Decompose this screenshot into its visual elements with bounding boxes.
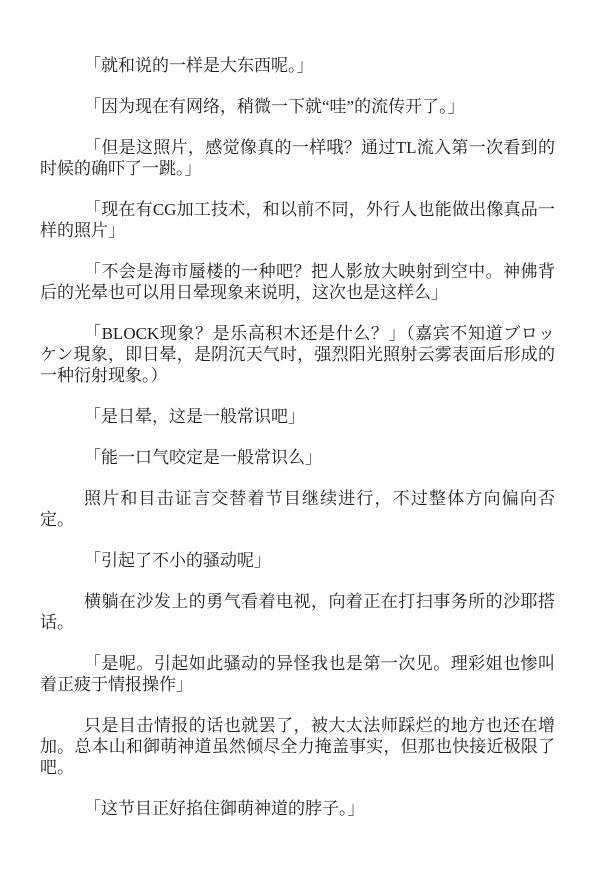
paragraph-dialogue-9: 「引起了不小的骚动呢」 (40, 550, 555, 571)
paragraph-dialogue-2: 「因为现在有网络，稍微一下就“哇”的流传开了。」 (40, 96, 555, 117)
paragraph-dialogue-11: 「这节目正好掐住御萌神道的脖子。」 (40, 798, 555, 819)
paragraph-dialogue-8: 「能一口气咬定是一般常识么」 (40, 447, 555, 468)
paragraph-dialogue-1: 「就和说的一样是大东西呢。」 (40, 55, 555, 76)
paragraph-narration-1: 照片和目击证言交替着节目继续进行，不过整体方向偏向否定。 (40, 488, 555, 530)
document-page: 「就和说的一样是大东西呢。」 「因为现在有网络，稍微一下就“哇”的流传开了。」 … (0, 0, 613, 869)
paragraph-dialogue-10: 「是呢。引起如此骚动的异怪我也是第一次见。理彩姐也惨叫着正疲于情报操作」 (40, 653, 555, 695)
paragraph-narration-3: 只是目击情报的话也就罢了，被大太法师踩烂的地方也还在增加。总本山和御萌神道虽然倾… (40, 715, 555, 778)
paragraph-dialogue-5: 「不会是海市蜃楼的一种吧？把人影放大映射到空中。神佛背后的光晕也可以用日晕现象来… (40, 261, 555, 303)
paragraph-dialogue-6-with-note: 「BLOCK现象？是乐高积木还是什么？」（嘉宾不知道ブロッケン現象，即日晕，是阴… (40, 323, 555, 386)
paragraph-dialogue-4: 「现在有CG加工技术，和以前不同，外行人也能做出像真品一样的照片」 (40, 199, 555, 241)
paragraph-narration-2: 横躺在沙发上的勇气看着电视，向着正在打扫事务所的沙耶搭话。 (40, 591, 555, 633)
paragraph-dialogue-3: 「但是这照片，感觉像真的一样哦？通过TL流入第一次看到的时候的确吓了一跳。」 (40, 137, 555, 179)
paragraph-dialogue-7: 「是日晕，这是一般常识吧」 (40, 406, 555, 427)
